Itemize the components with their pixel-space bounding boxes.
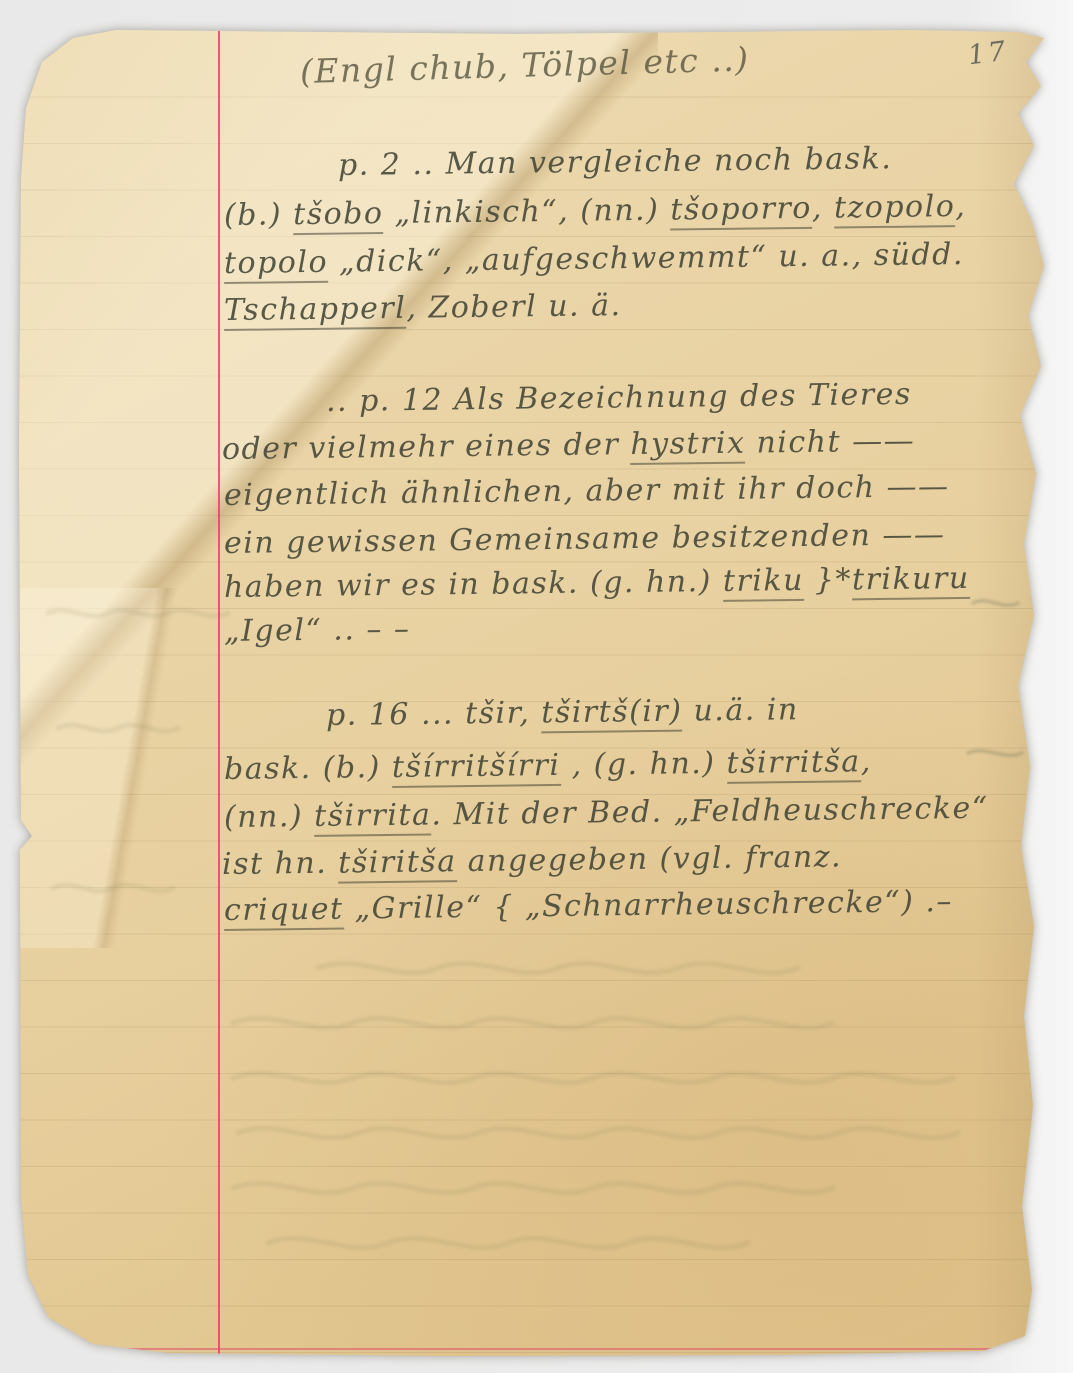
underlined-term: Tschapperl <box>224 291 407 331</box>
text-segment: , <box>955 189 966 224</box>
underlined-term: tširtš(ir) <box>541 694 683 734</box>
text-segment: , <box>812 191 835 226</box>
text-segment: angegeben (vgl. franz. <box>456 839 842 879</box>
text-segment: „linkisch“, (nn.) <box>383 193 670 232</box>
red-margin-line <box>218 28 220 1357</box>
underlined-term: trikuru <box>852 561 970 600</box>
underlined-term: tširitša <box>338 844 457 883</box>
handwritten-line: p. 2 .. Man vergleiche noch bask. <box>338 141 893 184</box>
text-segment: bask. (b.) <box>224 750 392 787</box>
underlined-term: tšírritšírri <box>392 748 561 788</box>
red-bottom-line <box>44 1348 1031 1350</box>
page-number: 17 <box>966 36 1010 72</box>
text-segment: (nn.) <box>224 799 315 835</box>
underlined-term: tširrita <box>314 797 432 836</box>
handwritten-line: Tschapperl, Zoberl u. ä. <box>224 288 622 329</box>
underlined-term: triku <box>723 563 804 602</box>
handwritten-line: .. p. 12 Als Bezeichnung des Tieres <box>326 377 912 420</box>
text-segment: „Igel“ .. – – <box>224 612 411 649</box>
underlined-term: topolo <box>224 245 329 284</box>
handwritten-line: „Igel“ .. – – <box>224 612 411 650</box>
handwritten-line: p. 16 ... tšir, tširtš(ir) u.ä. in <box>326 692 799 734</box>
underlined-term: criquet <box>224 892 344 931</box>
underlined-term: tširritša <box>726 744 861 784</box>
handwritten-line: ist hn. tširitša angegeben (vgl. franz. <box>222 839 843 883</box>
text-segment: (b.) <box>224 197 294 233</box>
text-segment: , <box>860 744 871 779</box>
text-segment: „dick“, „aufgeschwemmt“ u. a., südd. <box>328 237 964 280</box>
handwritten-line: (b.) tšobo „linkisch“, (nn.) tšoporro, t… <box>224 189 967 234</box>
underlined-term: tšobo <box>293 196 384 235</box>
text-segment: ein gewissen Gemeinsame besitzenden —— <box>224 517 946 561</box>
underlined-term: tšoporro <box>670 191 812 231</box>
text-segment: ist hn. <box>222 846 339 882</box>
paper-sheet: 17 (Engl chub, Tölpel etc ..) p. 2 .. Ma… <box>18 28 1045 1357</box>
underlined-term: tzopolo <box>834 189 956 228</box>
scanned-manuscript-page: 17 (Engl chub, Tölpel etc ..) p. 2 .. Ma… <box>0 0 1073 1373</box>
text-segment: . Mit der Bed. „Feldheuschrecke“ <box>431 791 989 833</box>
text-segment: eigentlich ähnlichen, aber mit ihr doch … <box>224 469 950 513</box>
text-segment: oder vielmehr eines der <box>222 427 631 467</box>
paper-sheet-wrapper: 17 (Engl chub, Tölpel etc ..) p. 2 .. Ma… <box>18 28 1045 1357</box>
handwritten-line: bask. (b.) tšírritšírri , (g. hn.) tširr… <box>224 744 872 788</box>
text-segment: , (g. hn.) <box>560 746 726 783</box>
text-segment: , Zoberl u. ä. <box>406 288 622 326</box>
text-segment: }* <box>804 562 853 598</box>
text-segment: p. 2 .. Man vergleiche noch bask. <box>338 141 893 183</box>
underlined-term: hystrix <box>630 426 746 465</box>
text-segment: nicht —— <box>745 424 915 461</box>
text-segment: .. p. 12 Als Bezeichnung des Tieres <box>326 377 912 419</box>
text-segment: haben wir es in bask. (g. hn.) <box>224 564 723 605</box>
text-segment: „Grille“ { „Schnarrheuschrecke“) .– <box>343 884 953 926</box>
text-segment: u.ä. in <box>682 692 799 728</box>
text-segment: p. 16 ... tšir, <box>326 695 542 733</box>
handwritten-line: haben wir es in bask. (g. hn.) triku }*t… <box>224 561 970 606</box>
